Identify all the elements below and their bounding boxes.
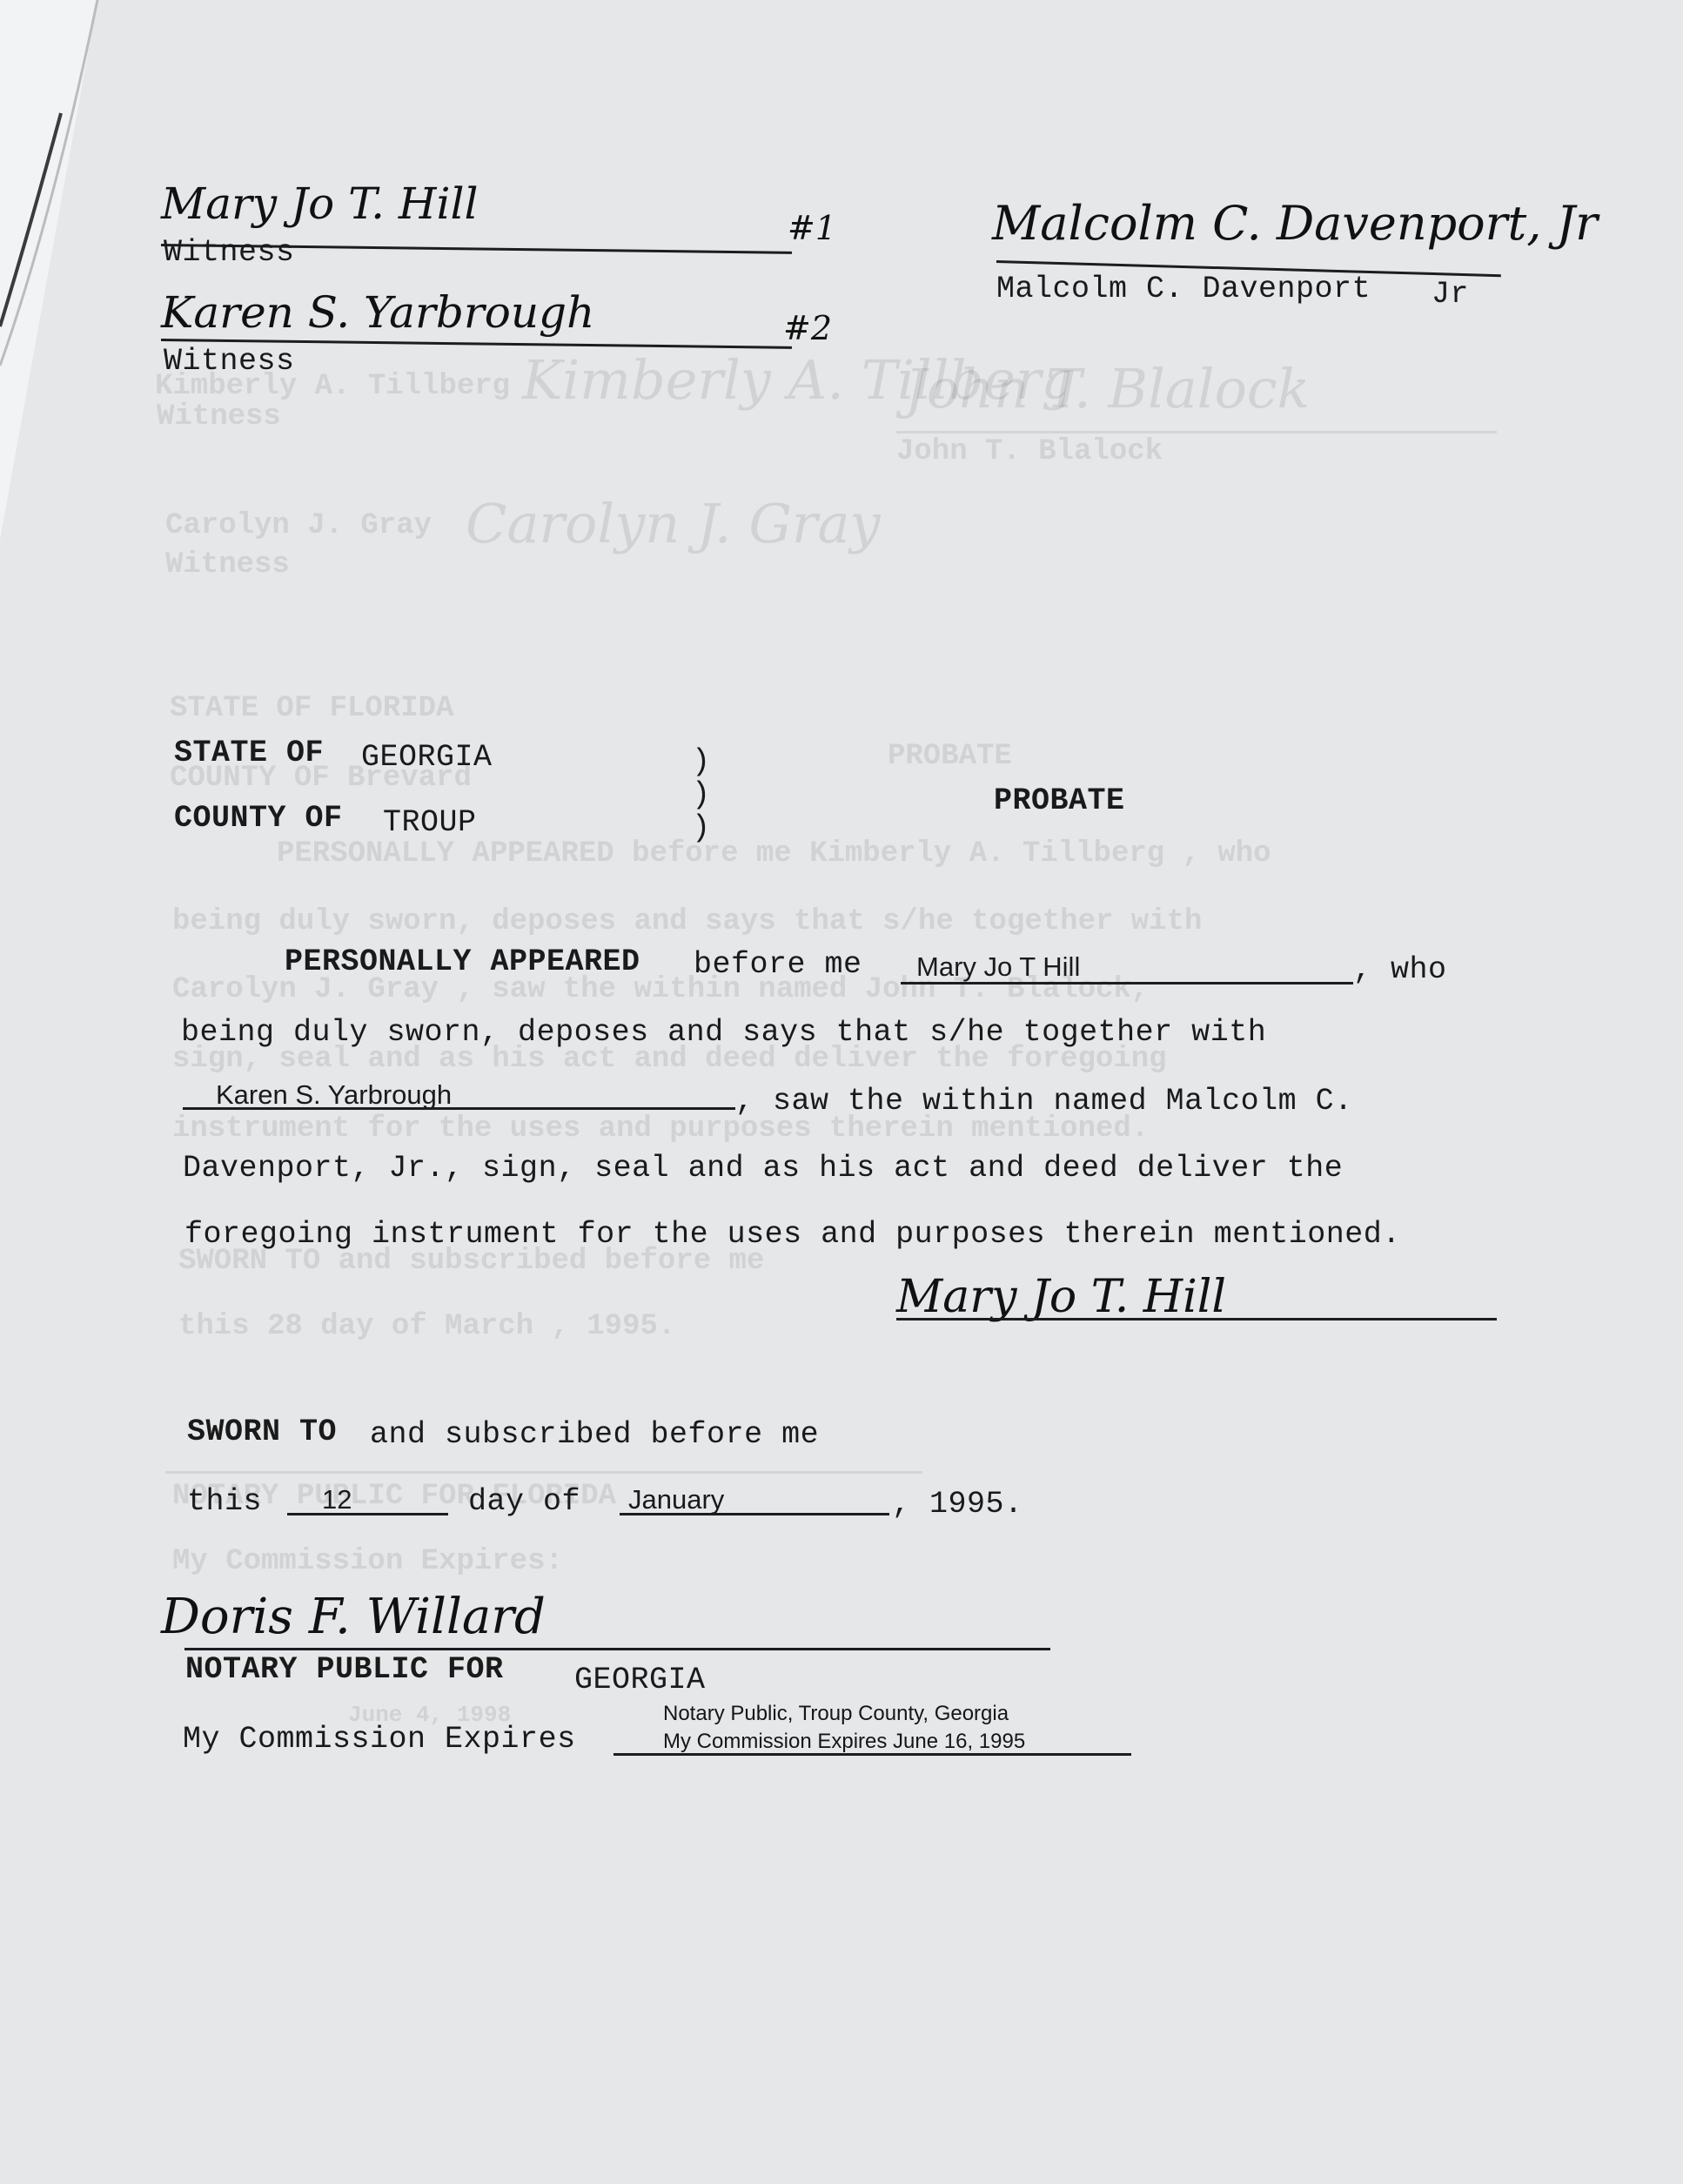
affiant-name-line [901, 982, 1353, 984]
affiant-name-field: Mary Jo T Hill [916, 951, 1080, 983]
ghost-line2: being duly sworn, deposes and says that … [172, 905, 1202, 938]
witness-1-label: Witness [164, 235, 295, 270]
witness-2-marker: #2 [783, 309, 832, 347]
ghost-probate: PROBATE [888, 740, 1012, 773]
notary-public-label: NOTARY PUBLIC FOR [185, 1652, 504, 1687]
document-page: Kimberly A. Tillberg Kimberly A. Tillber… [0, 0, 1683, 2184]
county-label: COUNTY OF [174, 801, 343, 836]
state-label: STATE OF [174, 736, 324, 770]
notary-stamp-line-1: Notary Public, Troup County, Georgia [663, 1702, 1025, 1726]
sworn-to-text: and subscribed before me [370, 1417, 819, 1452]
personally-appeared-heading: PERSONALLY APPEARED [285, 944, 640, 979]
witness-2-label: Witness [164, 344, 295, 379]
body-line-5: foregoing instrument for the uses and pu… [184, 1217, 1401, 1252]
state-value: GEORGIA [361, 740, 493, 775]
venue-paren-1: ) [692, 744, 711, 779]
this-label: this [187, 1484, 262, 1519]
day-field: 12 [322, 1484, 352, 1515]
testator-signature: Malcolm C. Davenport, Jr [992, 196, 1598, 251]
notary-stamp: Notary Public, Troup County, Georgia My … [663, 1702, 1025, 1754]
probate-title: PROBATE [994, 783, 1125, 818]
month-line [620, 1513, 889, 1515]
witness-1-marker: #1 [788, 209, 836, 247]
commission-expires-label: My Commission Expires [183, 1722, 576, 1757]
ghost-testator-signature: John T. Blalock [905, 357, 1310, 420]
ghost-commission: My Commission Expires: [172, 1545, 563, 1578]
ghost-witness-b-signature: Carolyn J. Gray [466, 492, 880, 555]
body-line-3: , saw the within named Malcolm C. [735, 1084, 1353, 1119]
notary-signature-line [184, 1648, 1050, 1650]
co-witness-name-line [183, 1107, 735, 1110]
county-value: TROUP [383, 805, 477, 840]
testator-printed-name: Malcolm C. Davenport [996, 272, 1371, 306]
who-text: , who [1353, 952, 1447, 987]
venue-paren-3: ) [692, 810, 711, 845]
ghost-witness-label-b: Witness [165, 548, 290, 581]
co-witness-name-field: Karen S. Yarbrough [216, 1079, 452, 1111]
witness-1-signature: Mary Jo T. Hill [161, 178, 478, 229]
sworn-to-heading: SWORN TO [187, 1415, 337, 1449]
ghost-this-line: this 28 day of March , 1995. [178, 1310, 675, 1343]
day-of-label: day of [468, 1484, 580, 1519]
notary-signature: Doris F. Willard [161, 1589, 546, 1645]
before-me-text: before me [694, 947, 862, 982]
ghost-state: STATE OF FLORIDA [170, 692, 453, 725]
notary-state-value: GEORGIA [574, 1663, 706, 1697]
ghost-witness-label-a: Witness [157, 400, 281, 433]
ghost-testator-typed: John T. Blalock [896, 435, 1163, 468]
body-line-2: being duly sworn, deposes and says that … [181, 1015, 1266, 1050]
notary-stamp-line-2: My Commission Expires June 16, 1995 [663, 1730, 1025, 1754]
day-line [287, 1513, 448, 1515]
witness-2-signature: Karen S. Yarbrough [161, 287, 594, 338]
testator-suffix: Jr [1432, 277, 1469, 312]
year-text: , 1995. [892, 1487, 1023, 1522]
ghost-appeared: PERSONALLY APPEARED before me Kimberly A… [277, 837, 1271, 870]
body-line-4: Davenport, Jr., sign, seal and as his ac… [183, 1151, 1343, 1186]
ghost-witness-b-typed: Carolyn J. Gray [165, 509, 432, 542]
month-field: January [628, 1484, 724, 1515]
venue-paren-2: ) [692, 777, 711, 812]
affiant-signature-line [896, 1318, 1497, 1320]
affiant-signature: Mary Jo T. Hill [896, 1271, 1226, 1323]
